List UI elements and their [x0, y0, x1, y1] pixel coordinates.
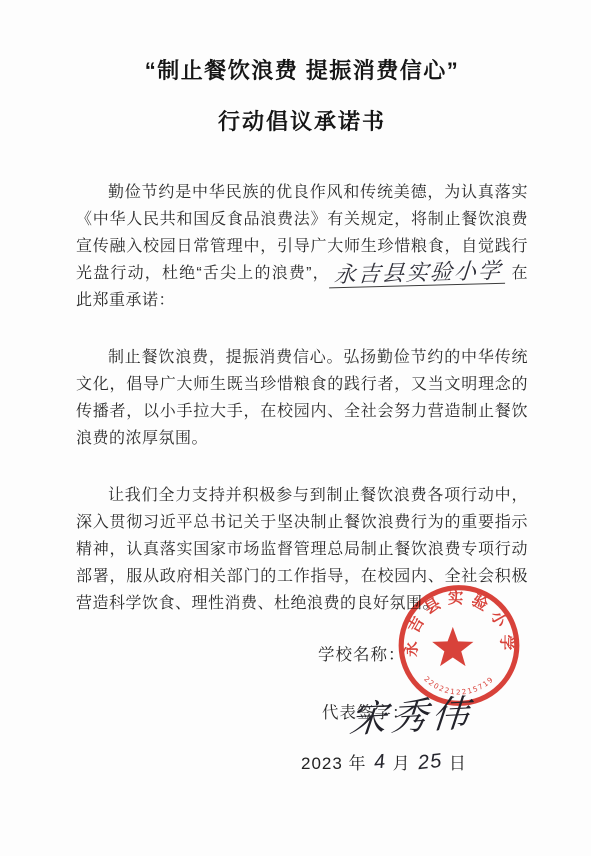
school-name-label: 学校名称：: [318, 641, 406, 665]
pledge-document-page: “制止餐饮浪费 提振消费信心” 行动倡议承诺书 勤俭节约是中华民族的优良作风和传…: [0, 0, 591, 856]
date-year: 2023 年: [301, 749, 367, 774]
date-month-handwritten: 4: [370, 750, 388, 775]
document-body: “制止餐饮浪费 提振消费信心” 行动倡议承诺书 勤俭节约是中华民族的优良作风和传…: [76, 56, 528, 617]
paragraph-intro: 勤俭节约是中华民族的优良作风和传统美德，为认真落实《中华人民共和国反食品浪费法》…: [76, 179, 528, 314]
date-line: 2023 年 4 月 25 日: [301, 749, 467, 775]
handwritten-signature: 宋秀伟: [348, 683, 476, 744]
seal-star-icon: [432, 627, 473, 666]
document-title-line1: “制止餐饮浪费 提振消费信心”: [76, 56, 528, 86]
date-day-handwritten: 25: [415, 750, 445, 776]
paragraph-commitment: 制止餐饮浪费，提振消费信心。弘扬勤俭节约的中华传统文化，倡导广大师生既当珍惜粮食…: [76, 344, 528, 452]
date-month-unit: 月: [393, 749, 411, 774]
handwritten-school-name: 永吉县实验小学: [329, 260, 507, 289]
document-title-line2: 行动倡议承诺书: [76, 107, 528, 137]
date-day-unit: 日: [449, 749, 467, 774]
